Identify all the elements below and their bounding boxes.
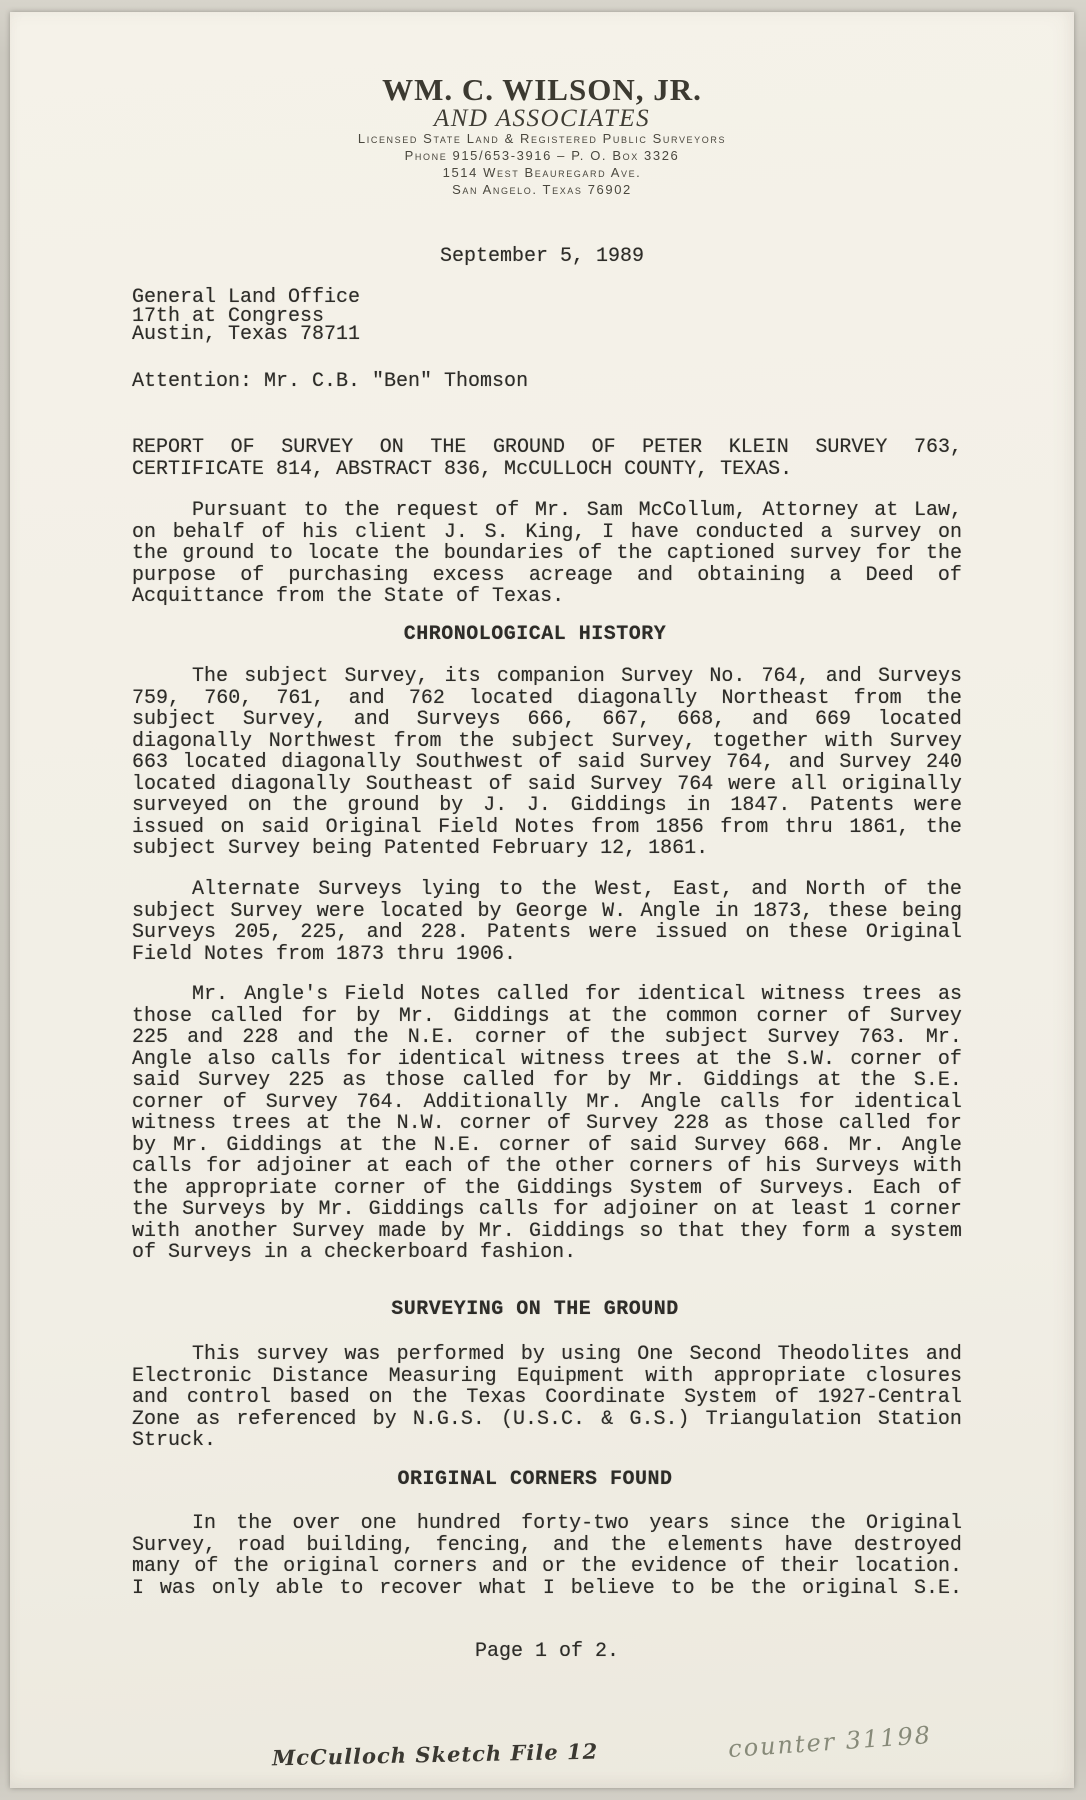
text-line: Intheoveronehundredforty-twoyearssinceth…: [132, 1513, 962, 1535]
text-line: ZoneasreferencedbyN.G.S.(U.S.C.&G.S.)Tri…: [132, 1409, 962, 1431]
text-line: diagonallyNorthwestfromthesubjectSurvey,…: [132, 731, 962, 753]
text-line: manyoftheoriginalcornersandortheevidence…: [132, 1556, 962, 1578]
text-line: surveyedonthegroundbyJ.J.Giddingsin1847.…: [132, 795, 962, 817]
attention-line: Attention: Mr. C.B. "Ben" Thomson: [132, 371, 962, 393]
paragraph-giddings-surveys: ThesubjectSurvey,itscompanionSurveyNo.76…: [132, 666, 962, 860]
text-line: thegroundtolocatetheboundariesofthecapti…: [132, 543, 962, 565]
section-heading-surveying-on-the-ground: SURVEYING ON THE GROUND: [120, 1299, 950, 1321]
text-line: Surveys205,225,and228.Patentswereissuedo…: [132, 922, 962, 944]
text-line: andcontrolbasedontheTexasCoordinateSyste…: [132, 1387, 962, 1409]
recipient-address: General Land Office17th at CongressAusti…: [132, 289, 962, 345]
text-line: 663locateddiagonallySouthwestofsaidSurve…: [132, 752, 962, 774]
text-line: witnesstreesattheN.W.cornerofSurvey228as…: [132, 1113, 962, 1135]
text-line: REPORTOFSURVEYONTHEGROUNDOFPETERKLEINSUR…: [132, 437, 962, 459]
text-line: Survey,roadbuilding,fencing,andtheelemen…: [132, 1535, 962, 1557]
text-line: 759,760,761,and762locateddiagonallyNorth…: [132, 688, 962, 710]
text-line: ThissurveywasperformedbyusingOneSecondTh…: [132, 1344, 962, 1366]
text-line: Field Notes from 1873 thru 1906.: [132, 944, 962, 966]
text-line: subject Survey being Patented February 1…: [132, 838, 962, 860]
report-subject: REPORTOFSURVEYONTHEGROUNDOFPETERKLEINSUR…: [132, 437, 962, 480]
text-line: Struck.: [132, 1430, 962, 1452]
text-line: of Surveys in a checkerboard fashion.: [132, 1242, 962, 1264]
text-line: 225and228andtheN.E.cornerofthesubjectSur…: [132, 1027, 962, 1049]
text-line: Acquittance from the State of Texas.: [132, 586, 962, 608]
text-line: Anglealsocallsforidenticalwitnesstreesat…: [132, 1049, 962, 1071]
text-line: Austin, Texas 78711: [132, 326, 962, 345]
text-line: purposeofpurchasingexcessacreageandobtai…: [132, 565, 962, 587]
letter-page: WM. C. WILSON, JR. AND ASSOCIATES Licens…: [10, 12, 1074, 1788]
paragraph-alternate-surveys: AlternateSurveyslyingtotheWest,East,andN…: [132, 879, 962, 965]
text-line: PursuanttotherequestofMr.SamMcCollum,Att…: [132, 500, 962, 522]
text-line: ThesubjectSurvey,itscompanionSurveyNo.76…: [132, 666, 962, 688]
paragraph-original-corners: Intheoveronehundredforty-twoyearssinceth…: [132, 1513, 962, 1599]
text-line: cornerofSurvey764.AdditionallyMr.Angleca…: [132, 1092, 962, 1114]
text-line: theappropriatecorneroftheGiddingsSystemo…: [132, 1178, 962, 1200]
text-line: subjectSurveywerelocatedbyGeorgeW.Anglei…: [132, 901, 962, 923]
page-number: Page 1 of 2.: [132, 1641, 962, 1663]
scanned-document: { "letterhead": { "name": "WM. C. WILSON…: [0, 0, 1086, 1800]
text-line: onbehalfofhisclientJ.S.King,Ihaveconduct…: [132, 522, 962, 544]
paragraph-angle-field-notes: Mr.Angle'sFieldNotescalledforidenticalwi…: [132, 984, 962, 1264]
text-line: saidSurvey225asthosecalledforbyMr.Giddin…: [132, 1070, 962, 1092]
text-line: IwasonlyabletorecoverwhatIbelievetobethe…: [132, 1578, 962, 1600]
letter-date: September 5, 1989: [440, 246, 644, 268]
text-line: subjectSurvey,andSurveys666,667,668,and6…: [132, 709, 962, 731]
text-line: locateddiagonallySoutheastofsaidSurvey76…: [132, 774, 962, 796]
intro-paragraph: PursuanttotherequestofMr.SamMcCollum,Att…: [132, 500, 962, 608]
text-line: Mr.Angle'sFieldNotescalledforidenticalwi…: [132, 984, 962, 1006]
section-heading-chronological-history: CHRONOLOGICAL HISTORY: [120, 624, 950, 646]
text-line: AlternateSurveyslyingtotheWest,East,andN…: [132, 879, 962, 901]
text-line: callsforadjoinerateachoftheothercornerso…: [132, 1156, 962, 1178]
text-line: withanotherSurveymadebyMr.Giddingssothat…: [132, 1221, 962, 1243]
text-line: ElectronicDistanceMeasuringEquipmentwith…: [132, 1366, 962, 1388]
section-heading-original-corners-found: ORIGINAL CORNERS FOUND: [120, 1469, 950, 1491]
text-line: theSurveysbyMr.Giddingscallsforadjoinero…: [132, 1199, 962, 1221]
text-line: CERTIFICATE 814, ABSTRACT 836, McCULLOCH…: [132, 459, 962, 481]
text-line: thosecalledforbyMr.Giddingsatthecommonco…: [132, 1006, 962, 1028]
text-line: byMr.GiddingsattheN.E.cornerofsaidSurvey…: [132, 1135, 962, 1157]
text-line: issuedonsaidOriginalFieldNotesfrom1856fr…: [132, 817, 962, 839]
paragraph-survey-method: ThissurveywasperformedbyusingOneSecondTh…: [132, 1344, 962, 1452]
typewritten-body: September 5, 1989 General Land Office17t…: [132, 12, 962, 1788]
